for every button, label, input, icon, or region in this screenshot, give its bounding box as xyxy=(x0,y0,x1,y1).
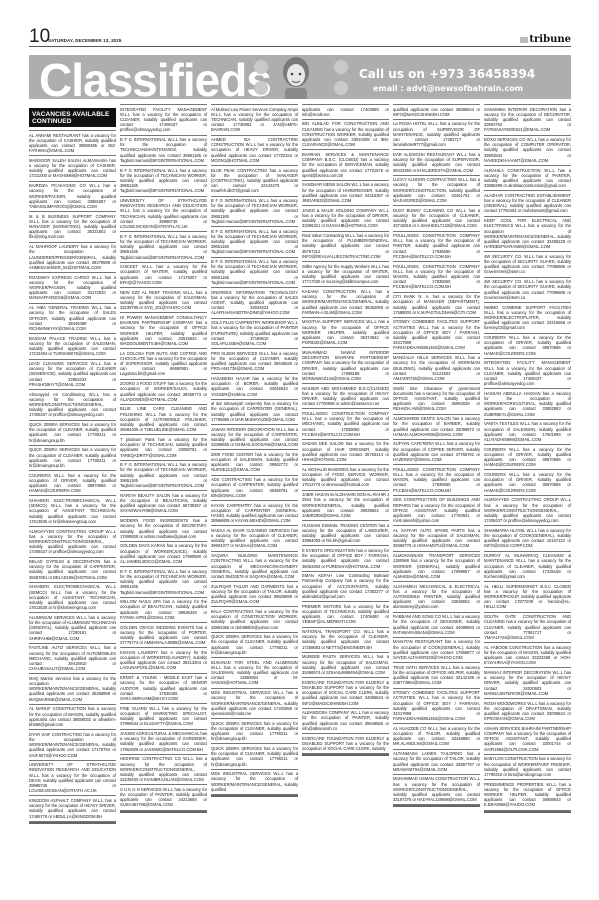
call-us-text: Call us on +973 36458394 xyxy=(359,67,535,81)
classified-ad: applicants can contact 17402959 or info@… xyxy=(302,104,389,120)
classified-ad: La ROSIA HOTEL W.L.L has a vacancy for t… xyxy=(393,120,480,151)
classified-ad: BOXIJ SERVICES CO W.L.L has a vacancy fo… xyxy=(484,136,571,167)
classified-ad: KISHAN LAUNDRY has a vacancy for the occ… xyxy=(120,648,207,673)
classified-ad: MUHAMMAD NAWAZ INTERIOR DECORATION BAHRA… xyxy=(302,348,389,384)
classified-ad: MANSOOR SALEH SALEH ALMASHABA has a vaca… xyxy=(29,156,116,181)
classified-ad: DURRAT AL MUHARRAQ CLEANING & MAINTENANC… xyxy=(484,552,571,583)
classified-ad: AL HUAZZEB CO W.L.L has a vacancy for th… xyxy=(393,724,480,749)
classified-ad: ALRAHILA CONSTRUCTION W.L.L has a vacanc… xyxy=(484,166,571,191)
classified-ad: LEAD CLEANING SERVICES W.L.L has a vacan… xyxy=(29,360,116,391)
classified-ad: GOLDEN GRACE WEDDING EVENTS has a vacanc… xyxy=(120,623,207,648)
classified-ad: E EVENTS ORGANIZATION has a vacancy for … xyxy=(302,546,389,571)
classified-ad: Al Mufeed Low Power Services Company Amp… xyxy=(211,104,298,136)
classified-ad: World time Clearance of government docum… xyxy=(393,384,480,415)
classified-ad: POULLAIDES CONSTRUCTION COMPANY W.L.L ha… xyxy=(393,262,480,293)
ad-list: applicants can contact 17402959 or info@… xyxy=(302,104,389,754)
classified-ad: QUICK ZEBRA SERVICES has a vacancy for t… xyxy=(29,446,116,471)
classified-ad: NADAA AL BAHR CLEANING SERVICES has a va… xyxy=(211,526,298,551)
classified-ad: UNIVERSITY OF STRATHCLYDE INNOVATION RES… xyxy=(29,761,116,797)
classified-ad: SOLA PLUS CARPENTRY WORKSHOP W.L.L has a… xyxy=(211,319,298,350)
ads-column-3: Al Mufeed Low Power Services Company Amp… xyxy=(211,104,298,797)
classified-ad: INTEGRATED FACILITY MANAGEMENT W.L.L has… xyxy=(120,104,207,136)
classified-ad: SANDHAR MENS SALON W.L.L has a vacancy f… xyxy=(302,181,389,206)
classified-ad: BUSANAD FOR STEEL AND ALUMINIUM W.L.L ha… xyxy=(211,658,298,689)
ad-list: qualified applicants can contact 3668664… xyxy=(393,104,480,805)
classified-ad: MUHAMMAD USMAN CONSTRUCTION W.L.L has a … xyxy=(393,775,480,806)
classified-ad: DYAR SAIF CONTRACTING has a vacancy for … xyxy=(29,730,116,761)
section-heading: VACANCIES AVAILABLE CONTINUED xyxy=(29,108,116,127)
classified-ad: B F G INTERNATIONAL W.L.L has a vacancy … xyxy=(211,227,298,258)
classified-ad: ROADWAY EXPRESS CARGO W.L.L has a vacanc… xyxy=(29,273,116,304)
classified-ad: SUFYAN CAFETERIA W.L.L has a vacancy for… xyxy=(393,440,480,465)
classified-ad: EMAN KEFAH Line Contracting Bahraini Par… xyxy=(302,572,389,603)
classified-ad: HI POWER MANAGEMENT CONSULTANCY BAHRAINI… xyxy=(120,313,207,349)
classified-ad: MUNEEB RASTA SERVICES W.L.L has a vacanc… xyxy=(302,653,389,678)
classified-ad: ERNST & YOUNG - MIDDLE EAST has a vacanc… xyxy=(120,674,207,705)
classified-ad: ALMOHANNADI TRANSPORT SERVICES 1380968 h… xyxy=(393,552,480,583)
classified-ad: TRUE OATH SERVICES W.L.L has a vacancy f… xyxy=(393,663,480,688)
classified-ad: EVERCARE FOUNDATION FOR ELDERLY & DISABL… xyxy=(302,734,389,754)
classified-ad: BAIRDIZA PCAKAGING CO W.L.L has a vacanc… xyxy=(29,182,116,213)
email-text: email : advt@newsofbahrain.com xyxy=(373,84,523,93)
classified-ad: Real Value Contracting W.L.L has a vacan… xyxy=(302,232,389,263)
classified-ad: SDS CONSTRUCTION OF BUILDINGS AND REPAIR… xyxy=(393,496,480,527)
classified-ad: B F G INTERNATIONAL W.L.L has a vacancy … xyxy=(120,567,207,598)
classified-ad: VANITA TEXTILES W.L.L has a vacancy for … xyxy=(484,420,571,445)
classified-ad: AL HELLI SUPERMARKET B.S.C CLOSED has a … xyxy=(484,582,571,613)
classified-ad: MDS INDUSTRIAL SERVICES W.L.L has a vaca… xyxy=(211,770,298,795)
ad-list: SANAMINA INTERIOR DECORATION has a vacan… xyxy=(484,104,571,811)
classified-ad: ALMOAYYED CONTRACTING GROUP W.L.L has a … xyxy=(29,527,116,558)
classified-ad: UNIVERSITY OF STRATHCLYDE INNOVATION RES… xyxy=(120,197,207,233)
classified-ad: 4W SECURITY CO. W.L.L has a vacancy for … xyxy=(484,278,571,303)
classified-ad: M & B BUSINESS SUPPORT COMPANY W.L.L has… xyxy=(29,212,116,243)
classified-ad: MASHTAN RESTAURANT has a vacancy for the… xyxy=(393,638,480,663)
ads-column-2: INTEGRATED FACILITY MANAGEMENT W.L.L has… xyxy=(120,104,207,813)
classified-ad: SHAHEEN ELECTROMECHANICAL W.L.L (SEMCO) … xyxy=(29,496,116,527)
classified-ad: JABIR HASAN M ALDHAMIN SON AL-RAHIR J 29… xyxy=(302,491,389,522)
classified-ad: HASABEEH HAJAR has a vacancy for the occ… xyxy=(211,374,298,399)
classified-ad: qualified applicants can contact 3668664… xyxy=(393,104,480,120)
classified-ad: BALA CONTRACTING has a vacancy for the o… xyxy=(211,607,298,632)
classified-ad: 4W SECURITY CO. W.L.L has a vacancy for … xyxy=(484,252,571,277)
classified-ad: BLUE LINE CARS CLEANING AND POLISHING W.… xyxy=(120,405,207,436)
classified-ad: HASSAN ABDULLA HASSAN has a vacancy for … xyxy=(484,389,571,420)
classified-ad: CITI BANK N. A. has a vacancy for the oc… xyxy=(393,293,480,318)
phone-icon xyxy=(334,60,348,74)
classified-ad: WILLOW NAILS SPA has a vacancy for the o… xyxy=(120,598,207,623)
classified-ad: QUICK ZEBRA SERVICES has a vacancy for t… xyxy=(211,719,298,744)
classified-ad: HUSSAIN ESMAEL TRADING CENTER has a vaca… xyxy=(302,521,389,546)
classified-ad: SHAHEEN ELECTROMECHANICAL W.L.L (SEMCO) … xyxy=(29,583,116,614)
classified-ad: IBN ALBILAD FOR CONSTRUCTION AND CLEANIN… xyxy=(302,120,389,151)
classified-ad: MAGITHA SUPPORT SERVICES W.L.L has a vac… xyxy=(302,318,389,349)
classified-ad: AHMED ISA CONTRACTING CONSTRUCTION W.L.L… xyxy=(211,136,298,167)
page-date: SATURDAY, DECEMBER 13, 2025 xyxy=(48,38,121,43)
classified-ad: EVERCARE FOUNDATION FOR ELDERLY & DISABL… xyxy=(302,678,389,709)
classified-ad: DAR ALSHIGHH RESTAURANT W.L.L has a vaca… xyxy=(393,150,480,175)
classified-ad: ALBANDOSH COMPANY W.L.L has a vacancy fo… xyxy=(302,709,389,734)
classified-ad: STONEY COMBINED FACILITES SUPPORT ACTIVI… xyxy=(393,689,480,725)
classified-ad: ASHAN SERVICES BAHRAINI PARTNERSHIP COMP… xyxy=(484,724,571,755)
classified-ad: B F G INTERNATIONAL W.L.L has a vacancy … xyxy=(120,232,207,263)
classified-ad: KAYAN CARPENTRY has a vacancy for the oc… xyxy=(211,501,298,526)
classified-ad: MDS INDUSTRIAL SERVICES W.L.L has a vaca… xyxy=(211,689,298,720)
classified-ad: POULLAIDES CONSTRUCTION COMPANY W.L.L ha… xyxy=(393,232,480,263)
classified-ad: NEW EZZ AL REEF TRADING W.L.L has a vaca… xyxy=(120,288,207,313)
classified-ad: CHICKET W.L.L has a vacancy for the occu… xyxy=(120,263,207,288)
classified-ad: NAFEYA BEAUTY SALON has a vacancy for th… xyxy=(120,491,207,516)
classified-ad: PREEMINENCE PROPERTIES W.L.L has a vacan… xyxy=(484,780,571,811)
classified-ad: KEEP COOL FOR ELECTRICAL AND ELECTRONICS… xyxy=(484,217,571,253)
classified-ad: POULLAIDES CONSTRUCTION COMPANY W.L.L ha… xyxy=(393,465,480,496)
page-number: 10 xyxy=(29,26,50,48)
classified-ad: T platinum Parts has a vacancy for the o… xyxy=(120,435,207,460)
classified-ad: SADAM DEE SALON has a vacancy for the oc… xyxy=(302,440,389,465)
classified-ad: LA GOLOSA FOR NUTS AND COFFEE AND CHOCOL… xyxy=(120,349,207,380)
whatsapp-icon xyxy=(254,81,268,95)
girl-illustration-icon xyxy=(277,56,315,99)
classified-ad: JASSIM AGRICULTURAL & MECHANICAL has a v… xyxy=(120,730,207,755)
classified-ad: AL YABOOB CONSTRUCTION has a vacancy for… xyxy=(484,643,571,668)
classified-ad: SHAMMARIA HLAYEL W.L.L has a vacancy for… xyxy=(484,526,571,551)
ads-column-6: SANAMINA INTERIOR DECORATION has a vacan… xyxy=(484,104,571,813)
classified-ad: S U K H N SERVICES W.L.L has a vacancy f… xyxy=(120,785,207,810)
classified-ad: ONGREES INFORMATION TECHNOLOGY has a vac… xyxy=(211,288,298,319)
classified-ad: ALMOAYYED CONTRACTING GROUP W.L.L has a … xyxy=(484,496,571,527)
tribune-logo-icon xyxy=(520,37,528,43)
classified-ad: ROSH WOODWORKS W.L.L has a vacancy for t… xyxy=(484,699,571,724)
classified-ad: KINGDOM ASPHALT COMPANY W.L.L has a vaca… xyxy=(29,796,116,821)
classified-ad: B F G INTERNATIONAL W.L.L has a vacancy … xyxy=(120,461,207,492)
ads-columns: VACANCIES AVAILABLE CONTINUED AL ANNAMI … xyxy=(29,104,571,744)
classified-ad: AL ANNAMI RESTAURANT has a vacancy for t… xyxy=(29,130,116,156)
classified-ad: ALSHAMIKH MECHANICAL & ELECTRICAL has a … xyxy=(393,582,480,613)
classified-ad: Almoayyed Air Conditioning W.L.L has a v… xyxy=(29,390,116,421)
classified-ad: B F G INTERNATIONAL W.L.L has a vacancy … xyxy=(120,166,207,197)
classified-ad: FASTLINE AUTO SERVICES W.L.L has a vacan… xyxy=(29,644,116,675)
globe-icon xyxy=(334,81,348,95)
classified-ad: FINE GUARD W.L.L has a vacancy for the o… xyxy=(120,704,207,729)
classified-ad: ZULFIQAR TAILOR AND GARMENTS has a vacan… xyxy=(211,582,298,607)
classified-ad: MAQ Marine Services has a vacancy for th… xyxy=(29,674,116,705)
classified-ad: AL HIBA GENERAL TRADING W.L.L has a vaca… xyxy=(29,304,116,335)
ads-column-5: qualified applicants can contact 3668664… xyxy=(393,104,480,807)
classified-ad: B F G INTERNATIONAL W.L.L has a vacancy … xyxy=(120,136,207,167)
classified-ad: AL MARUF CONSTRUCTION has a vacancy for … xyxy=(29,705,116,730)
ad-list: INTEGRATED FACILITY MANAGEMENT W.L.L has… xyxy=(120,104,207,811)
classified-ad: ALTANMASH LADIES TAILORING has a vacancy… xyxy=(393,750,480,775)
classified-ad: BASSAM PALACE TRADING W.L.L has a vacanc… xyxy=(29,334,116,359)
classified-ad: RABBANI AND SONS CO W.L.L has a vacancy … xyxy=(393,613,480,638)
classified-ad: QUICK ZEBRA SERVICES has a vacancy for t… xyxy=(29,421,116,446)
classified-ad: NASSER ABD MOHAMMED B.S.C(CLOSED) has a … xyxy=(302,384,389,409)
classified-ad: ADS CONTRACTING has a vacancy for the oc… xyxy=(211,476,298,501)
classified-ad: 2009 FOOD CENTER has a vacancy for the o… xyxy=(211,450,298,475)
classified-ad: NIMMO COMBINE SUPPORT FACILITIES W.L.L h… xyxy=(484,303,571,334)
ad-list: Al Mufeed Low Power Services Company Amp… xyxy=(211,104,298,795)
classified-ad: ALAZHAR CONTRACTING ESTABLISHMENT has a … xyxy=(484,191,571,216)
classified-ad: ALUMINIUM SERVICES W.L.L has a vacancy f… xyxy=(29,613,116,644)
banner-title: Classifieds xyxy=(39,55,271,99)
classified-ad: MANNAJ INTERIOR DECORATION W.L.L has a v… xyxy=(484,668,571,699)
page-header: 10 SATURDAY, DECEMBER 13, 2025 tribune xyxy=(29,28,571,47)
classified-ad: QUICK ZEBRA SERVICES has a vacancy for t… xyxy=(211,633,298,658)
ad-list: AL ANNAMI RESTAURANT has a vacancy for t… xyxy=(29,130,116,822)
classified-ad: BLUE PEAK CONTRACTING has a vacancy for … xyxy=(211,166,298,197)
classified-ad: DUST BUNNY CLEANING CO W.L.L has a vacan… xyxy=(393,206,480,231)
classified-ad: QUICK ZEBRA SERVICES has a vacancy for t… xyxy=(211,744,298,769)
classified-ad: ALMOHAREB GENTS SALON has a vacancy for … xyxy=(393,415,480,440)
ads-column-1: VACANCIES AVAILABLE CONTINUED AL ANNAMI … xyxy=(29,104,116,824)
classified-ad: STONEY COMBINED FACILITES SUPPORT ACTIVI… xyxy=(393,318,480,354)
classified-ad: MANGALIA HILLS SERVICES W.L.L has a vaca… xyxy=(393,354,480,385)
classified-ad: COURIERX W.L.L has a vacancy for the occ… xyxy=(484,445,571,470)
ads-column-4: applicants can contact 17402959 or info@… xyxy=(302,104,389,756)
classified-ad: INTEGRATED FACILITY MANAGEMENT W.L.L has… xyxy=(484,359,571,390)
classified-ad: PREMIER MOTORS has a vacancy for the occ… xyxy=(302,602,389,627)
classified-ad: SANAMINA INTERIOR DECORATION has a vacan… xyxy=(484,104,571,136)
classified-ad: HIGHRISE CONTRACTING CO W.L.L has a vaca… xyxy=(120,755,207,786)
classified-ad: BABYLON CONSTRUCTION has a vacancy for t… xyxy=(484,755,571,780)
classified-ad: COURIERX W.L.L has a vacancy for the occ… xyxy=(29,471,116,496)
classified-ad: AL SAFFAR AUTO SPARE PARTS has a vacancy… xyxy=(393,526,480,551)
envelope-icon xyxy=(254,60,268,74)
classified-ad: NATIONAL TRANSPORT CO. W.L.L has a vacan… xyxy=(302,628,389,653)
classified-ad: BAHRAIN SERVICES & MAINTENANCE COMPANY B… xyxy=(302,150,389,181)
classifieds-banner: Classifieds Call us on +973 36458394 ema… xyxy=(29,55,571,99)
brand-name: tribune xyxy=(529,34,571,45)
classified-ad: LUCKY ALNOOR CONTRACTING W.L.L has a vac… xyxy=(393,176,480,207)
classified-ad: PRO KLEEN SERVICES W.L.L has a vacancy f… xyxy=(211,349,298,374)
classified-ad: al dar almaasyah carpentry has a vacancy… xyxy=(211,400,298,425)
classified-ad: AL MAHROOF LAUNDRY has a vacancy for the… xyxy=(29,243,116,274)
classified-ad: SAQARA BUILDING MAINTENANCE CONTRACTING … xyxy=(211,552,298,583)
classified-ad: MODERN FOOD INGREDIENTS has a vacancy fo… xyxy=(120,517,207,542)
classified-ad: B F G INTERNATIONAL W.L.L has a vacancy … xyxy=(211,258,298,289)
classified-ad: COURIERX W.L.L has a vacancy for the occ… xyxy=(484,470,571,495)
classified-ad: JAVED & MALIK HOLDING COMPANY W.L.L has … xyxy=(302,206,389,231)
classified-ad: AL MOHALIN BAKERIES has a vacancy for th… xyxy=(302,465,389,490)
classified-ad: SOUTH GATE CONSTRUCTION AND CLEANING has… xyxy=(484,613,571,644)
classified-ad: COURIERX W.L.L has a vacancy for the occ… xyxy=(484,334,571,359)
classified-ad: ZOORO 3 FOOD STUFF has a vacancy for the… xyxy=(120,380,207,405)
classified-ad: B F G INTERNATIONAL W.L.L has a vacancy … xyxy=(211,197,298,228)
classified-ad: JAWAD INTERIOR DECORATION W.L.L has a va… xyxy=(211,425,298,450)
classified-ad: POULLAIDES CONSTRUCTION COMPANY W.L.L ha… xyxy=(302,409,389,440)
classified-ad: GOLDEN DAYS KARAK has a vacancy for the … xyxy=(120,542,207,567)
classified-ad: BELAD GYPSUM & DECORATION has a vacancy … xyxy=(29,558,116,583)
classifieds-page: 10 SATURDAY, DECEMBER 13, 2025 tribune C… xyxy=(29,0,571,900)
classified-ad: Stiller Agency for the Supply Workers W.… xyxy=(302,262,389,287)
classified-ad: KASANA CONSTRUCTION W.L.L has a vacancy … xyxy=(302,287,389,318)
brand-logo: tribune xyxy=(520,34,571,45)
